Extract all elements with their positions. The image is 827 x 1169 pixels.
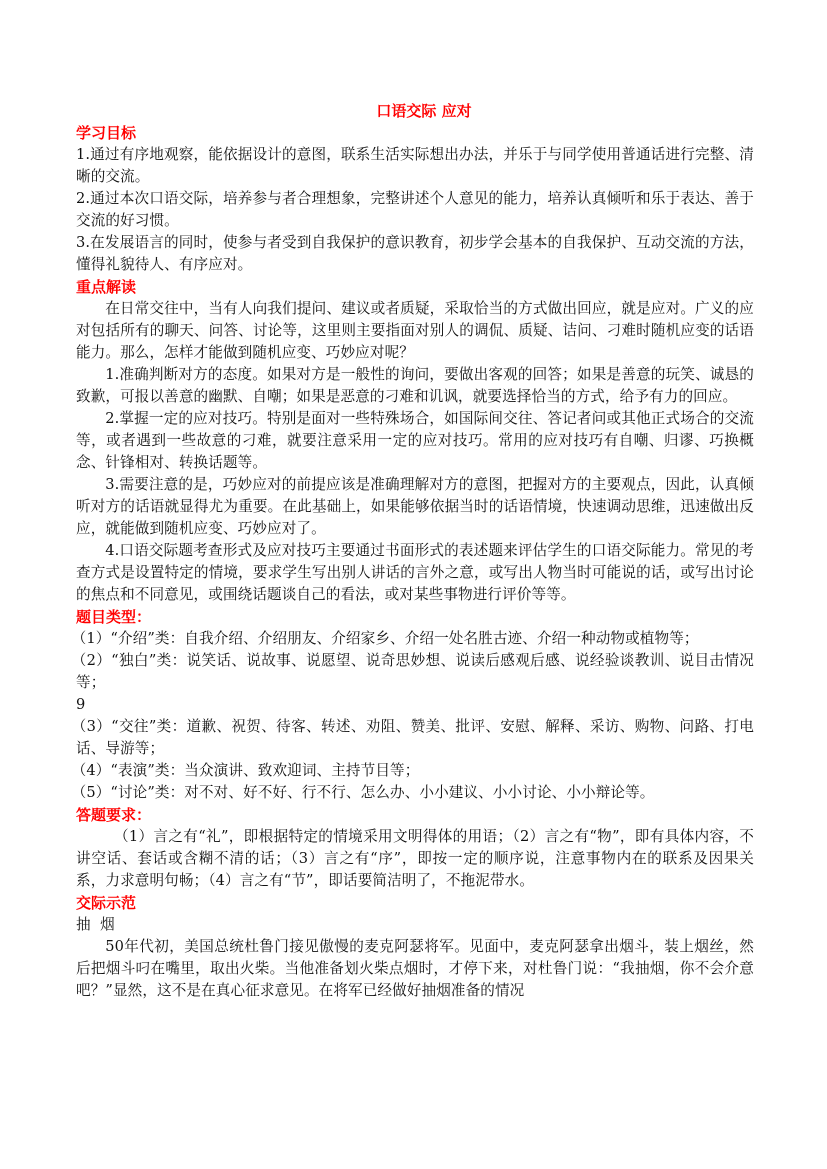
goal-item: 2.通过本次口语交际，培养参与者合理想象，完整讲述个人意见的能力，培养认真倾听和… [76, 188, 754, 232]
stray-page-number: 9 [76, 694, 754, 716]
key-point-paragraph: 在日常交往中，当有人向我们提问、建议或者质疑，采取恰当的方式做出回应，就是应对。… [76, 298, 754, 364]
question-type-item: （5）“讨论”类：对不对、好不好、行不行、怎么办、小小建议、小小讨论、小小辩论等… [76, 782, 754, 804]
requirements-paragraph: （1）言之有“礼”，即根据特定的情境采用文明得体的用语；（2）言之有“物”，即有… [76, 826, 754, 892]
key-point-paragraph: 3.需要注意的是，巧妙应对的前提应该是准确理解对方的意图，把握对方的主要观点，因… [76, 474, 754, 540]
key-point-paragraph: 1.准确判断对方的态度。如果对方是一般性的询问，要做出客观的回答；如果是善意的玩… [76, 364, 754, 408]
goal-item: 3.在发展语言的同时，使参与者受到自我保护的意识教育，初步学会基本的自我保护、互… [76, 232, 754, 276]
question-type-item: （3）“交往”类：道歉、祝贺、待客、转述、劝阻、赞美、批评、安慰、解释、采访、购… [76, 716, 754, 760]
key-point-paragraph: 4.口语交际题考查形式及应对技巧主要通过书面形式的表述题来评估学生的口语交际能力… [76, 540, 754, 606]
section-heading-example: 交际示范 [76, 892, 754, 914]
section-heading-key-points: 重点解读 [76, 276, 754, 298]
section-heading-requirements: 答题要求： [76, 804, 754, 826]
document-title: 口语交际 应对 [76, 100, 754, 122]
question-type-item: （1）“介绍”类：自我介绍、介绍朋友、介绍家乡、介绍一处名胜古迹、介绍一种动物或… [76, 628, 754, 650]
example-subtitle: 抽 烟 [76, 914, 754, 936]
key-point-paragraph: 2.掌握一定的应对技巧。特别是面对一些特殊场合，如国际间交往、答记者问或其他正式… [76, 408, 754, 474]
section-heading-question-types: 题目类型： [76, 606, 754, 628]
question-type-list: （1）“介绍”类：自我介绍、介绍朋友、介绍家乡、介绍一处名胜古迹、介绍一种动物或… [76, 628, 754, 804]
goal-item: 1.通过有序地观察，能依据设计的意图，联系生活实际想出办法，并乐于与同学使用普通… [76, 144, 754, 188]
question-type-item: （4）“表演”类：当众演讲、致欢迎词、主持节目等； [76, 760, 754, 782]
question-type-item: （2）“独白”类：说笑话、说故事、说愿望、说奇思妙想、说读后感观后感、说经验谈教… [76, 650, 754, 694]
example-paragraph: 50年代初，美国总统杜鲁门接见傲慢的麦克阿瑟将军。见面中，麦克阿瑟拿出烟斗，装上… [76, 936, 754, 1002]
document-page: 口语交际 应对 学习目标 1.通过有序地观察，能依据设计的意图，联系生活实际想出… [76, 100, 754, 1002]
section-heading-goals: 学习目标 [76, 122, 754, 144]
